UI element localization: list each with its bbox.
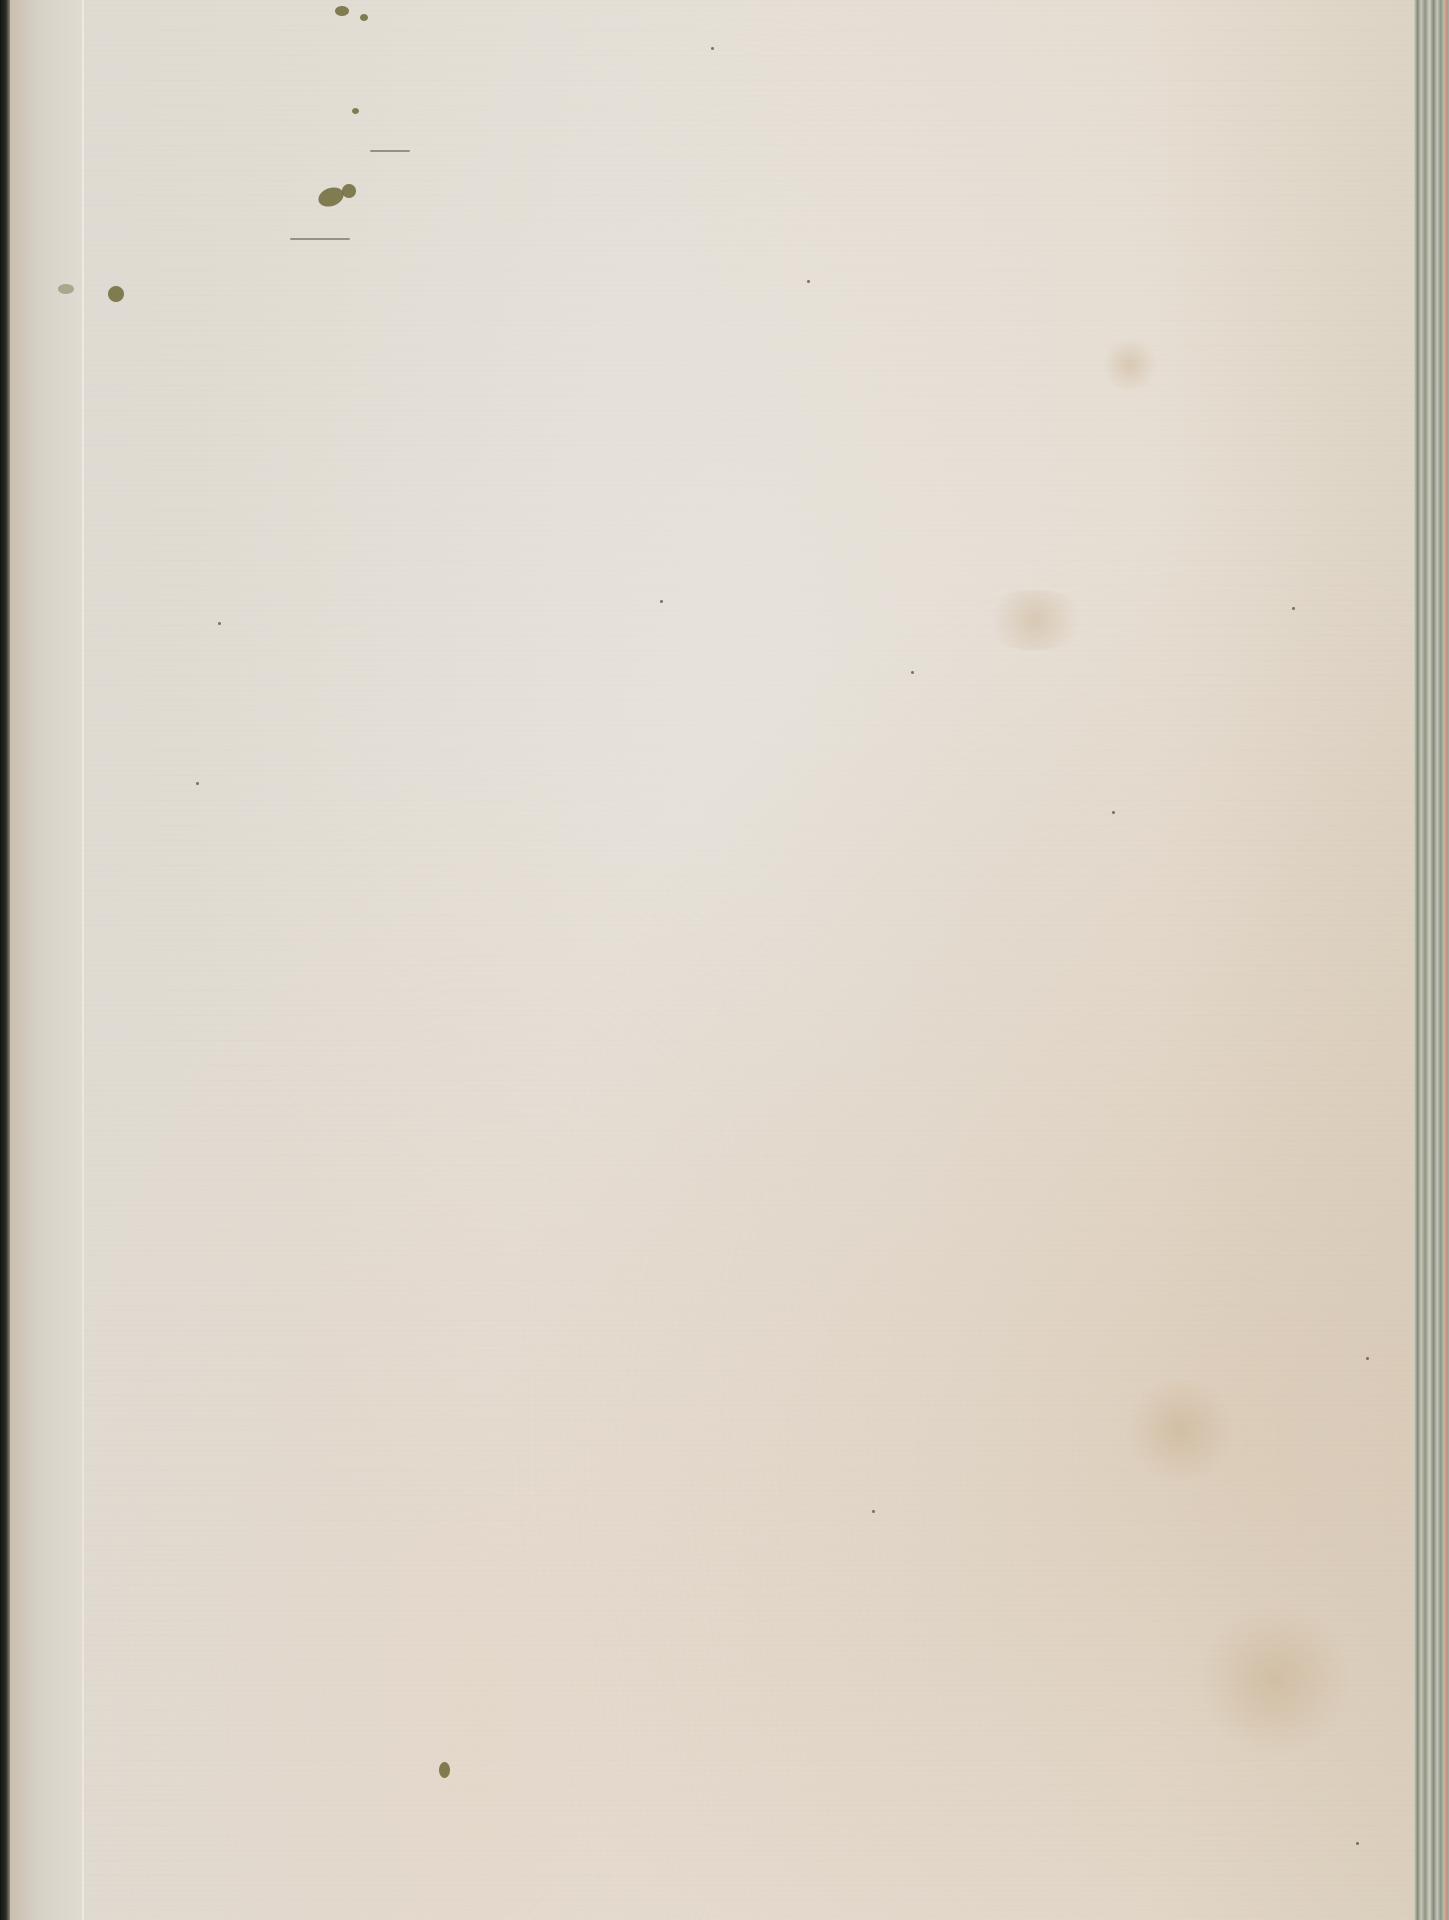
- speck: [660, 600, 663, 603]
- speck: [290, 238, 350, 240]
- foxing-stain: [1120, 1380, 1240, 1480]
- binding-edge: [0, 0, 10, 1920]
- foxing-spot: [108, 286, 124, 302]
- foxing-spot: [335, 6, 349, 16]
- foxing-stain: [980, 590, 1090, 650]
- speck: [872, 1510, 875, 1513]
- foxing-spot: [439, 1762, 450, 1778]
- speck: [807, 280, 810, 283]
- foxing-spot: [360, 14, 368, 21]
- speck: [196, 782, 199, 785]
- speck: [1356, 1842, 1359, 1845]
- foxing-spot: [342, 184, 356, 198]
- foxing-spot: [58, 284, 74, 294]
- speck: [911, 671, 914, 674]
- page-fore-edge: [1414, 0, 1449, 1920]
- scanned-page: [0, 0, 1449, 1920]
- speck: [1292, 607, 1295, 610]
- foxing-stain: [1100, 340, 1160, 390]
- foxing-stain: [1200, 1600, 1350, 1760]
- speck: [218, 622, 221, 625]
- foxing-spot: [352, 108, 359, 114]
- speck: [1112, 811, 1115, 814]
- speck: [711, 47, 714, 50]
- speck: [1366, 1357, 1369, 1360]
- speck: [370, 150, 410, 152]
- gutter-shadow: [10, 0, 90, 1920]
